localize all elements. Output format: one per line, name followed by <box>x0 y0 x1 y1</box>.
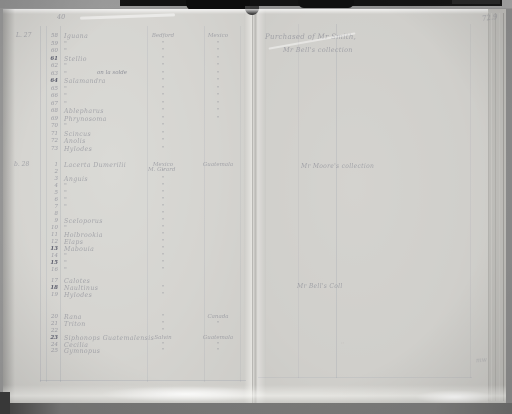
stray-pencil-flourish: mw <box>476 357 487 365</box>
entry-locality-column: " <box>194 342 242 348</box>
entry-donor-column: Salvin <box>140 335 186 341</box>
stray-pencil-smudge: ,, <box>341 339 344 345</box>
entry-species-name: Calotes <box>64 278 174 285</box>
entry-donor-column: " <box>140 314 186 320</box>
bottom-margin-line <box>258 377 472 378</box>
entry-number: 22 <box>42 328 58 334</box>
entry-locality-column: Mexico <box>194 33 242 39</box>
entry-number: 16 <box>42 267 58 273</box>
register-entry-row: 66 " " " <box>0 93 512 101</box>
entry-donor-column: " <box>140 108 186 114</box>
entry-donor-column: " <box>140 328 186 334</box>
entry-number: 66 <box>42 93 58 99</box>
entry-number: 24 <box>42 342 58 348</box>
entry-number: 21 <box>42 321 58 327</box>
entry-number: 9 <box>42 218 58 224</box>
entry-number: 25 <box>42 348 58 354</box>
entry-block-2: 1 Lacerta Dumerilii Mexico M. Girard Gua… <box>0 162 512 274</box>
entry-donor-column: " <box>140 123 186 129</box>
entry-donor-column: " <box>140 56 186 62</box>
entry-number: 73 <box>42 146 58 152</box>
entry-donor-column: " <box>140 86 186 92</box>
entry-number: 58 <box>42 33 58 39</box>
entry-number: 68 <box>42 108 58 114</box>
register-entry-row: 14 " " <box>0 253 512 260</box>
register-entry-row: 13 Mabouia " <box>0 246 512 253</box>
book-bottom-edge <box>0 403 512 414</box>
entry-locality-column: " <box>194 63 242 69</box>
entry-number: 13 <box>42 246 58 252</box>
register-entry-row: 73 Hylodes " <box>0 146 512 154</box>
entry-number: 5 <box>42 190 58 196</box>
collection-remark: Mr Bell's collection <box>283 46 353 54</box>
register-entry-row: 17 Calotes <box>0 278 512 285</box>
entry-locality-column: " <box>194 101 242 107</box>
entry-number: 3 <box>42 176 58 182</box>
entry-donor-column: " <box>140 116 186 122</box>
entry-number: 71 <box>42 131 58 137</box>
entry-donor-column: Bedford <box>140 33 186 39</box>
register-entry-row: 25 Gymnopus " " <box>0 348 512 355</box>
register-entry-row: 6 " " <box>0 197 512 204</box>
register-entry-row: 72 Anolis " <box>0 138 512 146</box>
entry-donor-column: " <box>140 321 186 327</box>
register-entry-row: 16 " " <box>0 267 512 274</box>
register-entry-row: 5 " " <box>0 190 512 197</box>
register-entry-row: 20 Rana " Canada <box>0 314 512 321</box>
register-entry-row: 23 Siphonops Guatemalensis Salvin Guatem… <box>0 335 512 342</box>
entry-number: 10 <box>42 225 58 231</box>
register-entry-row: 59 " " " <box>0 41 512 49</box>
entry-locality-column: Guatemala <box>194 335 242 341</box>
entry-locality-column: Guatemala <box>194 162 242 168</box>
entry-number: 2 <box>42 169 58 175</box>
register-entry-row: 58 Iguana Bedford Mexico <box>0 33 512 41</box>
entry-margin-note: on la solde <box>97 70 127 76</box>
entry-donor-column: " <box>140 292 186 298</box>
register-entry-row: 22 " <box>0 328 512 335</box>
entry-locality-column: " <box>194 48 242 54</box>
entry-block-1: 58 Iguana Bedford Mexico 59 " " " 60 " "… <box>0 33 512 153</box>
register-entry-row: 65 " " " <box>0 86 512 94</box>
entry-number: 4 <box>42 183 58 189</box>
entry-locality-column: " <box>194 108 242 114</box>
entry-donor-column: " <box>140 342 186 348</box>
entry-locality-column: " <box>194 348 242 354</box>
entry-number: 15 <box>42 260 58 266</box>
entry-number: 64 <box>42 78 58 84</box>
entry-number: 8 <box>42 211 58 217</box>
register-entry-row: 15 " " <box>0 260 512 267</box>
entry-donor-column: " <box>140 131 186 137</box>
entry-donor-column: " <box>140 138 186 144</box>
register-entry-row: 2 " <box>0 169 512 176</box>
entry-number: 72 <box>42 138 58 144</box>
register-entry-row: 60 " " " <box>0 48 512 56</box>
entry-donor-column: " <box>140 146 186 152</box>
register-entry-row: 19 Hylodes " <box>0 292 512 299</box>
register-entry-row: 63 " on la solde " " <box>0 71 512 79</box>
entry-donor-column: " <box>140 183 186 189</box>
register-entry-row: 21 Triton " " <box>0 321 512 328</box>
register-entry-row: 7 " " <box>0 204 512 211</box>
entry-donor-column: " <box>140 169 186 175</box>
collection-remark: Mr Moore's collection <box>301 163 374 170</box>
register-entry-row: 12 Elaps " <box>0 239 512 246</box>
entry-block-4: 20 Rana " Canada 21 Triton " " 22 " 23 S… <box>0 314 512 355</box>
bottom-margin-line <box>40 380 246 381</box>
entry-number: 69 <box>42 116 58 122</box>
entry-donor-column: " <box>140 71 186 77</box>
entry-number: 14 <box>42 253 58 259</box>
entry-number: 1 <box>42 162 58 168</box>
entry-locality-column: " <box>194 93 242 99</box>
register-entry-row: 4 " " <box>0 183 512 190</box>
register-entry-row: 71 Scincus " <box>0 131 512 139</box>
entry-locality-column: " <box>194 86 242 92</box>
photo-corner-shadow <box>0 392 10 414</box>
entry-donor-column: " <box>140 78 186 84</box>
register-entry-row: 70 " " <box>0 123 512 131</box>
entry-number: 65 <box>42 86 58 92</box>
entry-donor-column: " <box>140 190 186 196</box>
register-entry-row: 68 Ablepharus " " <box>0 108 512 116</box>
entry-number: 20 <box>42 314 58 320</box>
entry-number: 61 <box>42 56 58 62</box>
entry-donor-column: " <box>140 232 186 238</box>
register-entry-row: 67 " " " <box>0 101 512 109</box>
entry-donor-column: " <box>140 246 186 252</box>
entry-number: 11 <box>42 232 58 238</box>
entry-donor-column: " <box>140 63 186 69</box>
entry-block-3: 17 Calotes 18 Naultinus " 19 Hylodes " <box>0 278 512 299</box>
entry-donor-column: " <box>140 197 186 203</box>
entry-number: 59 <box>42 41 58 47</box>
entry-donor-column: " <box>140 176 186 182</box>
entry-locality-column: " <box>194 116 242 122</box>
entry-donor-column: " <box>140 225 186 231</box>
entry-donor-column: " <box>140 348 186 354</box>
entry-donor-column: " <box>140 260 186 266</box>
entry-locality-column: " <box>194 41 242 47</box>
register-entry-row: 8 " <box>0 211 512 218</box>
entry-donor-column: " <box>140 101 186 107</box>
light-reflection <box>100 386 270 402</box>
entry-number: 19 <box>42 292 58 298</box>
entry-donor-column: " <box>140 285 186 291</box>
entry-number: 60 <box>42 48 58 54</box>
entry-number: 6 <box>42 197 58 203</box>
entry-number: 67 <box>42 101 58 107</box>
entry-number: 12 <box>42 239 58 245</box>
register-entry-row: 69 Phrynosoma " " <box>0 116 512 124</box>
entry-locality-column: " <box>194 78 242 84</box>
photograph-of-register: 40 L. 27 b. 28 58 Iguana Bedford Mexico … <box>0 0 512 414</box>
register-entry-row: 10 " " <box>0 225 512 232</box>
page-top-highlight <box>3 9 488 14</box>
entry-donor-column: " <box>140 267 186 273</box>
register-entry-row: 61 Stellio " " <box>0 56 512 64</box>
register-entry-row: 1 Lacerta Dumerilii Mexico M. Girard Gua… <box>0 162 512 169</box>
entry-locality-column: " <box>194 71 242 77</box>
entry-number: 70 <box>42 123 58 129</box>
entry-donor-column: " <box>140 239 186 245</box>
photo-background-shadow <box>298 0 354 8</box>
entry-donor-column: " <box>140 204 186 210</box>
register-entry-row: 18 Naultinus " <box>0 285 512 292</box>
register-entry-row: 11 Holbrookia " <box>0 232 512 239</box>
page-left-shadow <box>3 9 15 403</box>
entry-locality-column: Canada <box>194 314 242 320</box>
entry-number: 62 <box>42 63 58 69</box>
register-entry-row: 24 Cecilia " " <box>0 342 512 349</box>
entry-locality-column: " <box>194 321 242 327</box>
entry-donor-column: " <box>140 211 186 217</box>
collection-remark: Mr Bell's Coll <box>297 283 343 290</box>
entry-donor-column: " <box>140 48 186 54</box>
entry-donor-column: " <box>140 41 186 47</box>
photo-background-shadow <box>452 0 500 4</box>
entry-number: 17 <box>42 278 58 284</box>
entry-number: 63 <box>42 71 58 77</box>
register-entry-row: 3 Anguis " <box>0 176 512 183</box>
folio-number: 40 <box>57 13 65 21</box>
entry-donor-column: " <box>140 93 186 99</box>
entry-number: 7 <box>42 204 58 210</box>
light-reflection <box>415 390 495 404</box>
entry-donor-column: " <box>140 218 186 224</box>
entry-number: 18 <box>42 285 58 291</box>
register-entry-row: 62 " " " <box>0 63 512 71</box>
entry-locality-column: " <box>194 56 242 62</box>
entry-donor-column: " <box>140 253 186 259</box>
entry-number: 23 <box>42 335 58 341</box>
register-entry-row: 64 Salamandra " " <box>0 78 512 86</box>
register-entry-row: 9 Sceloporus " <box>0 218 512 225</box>
